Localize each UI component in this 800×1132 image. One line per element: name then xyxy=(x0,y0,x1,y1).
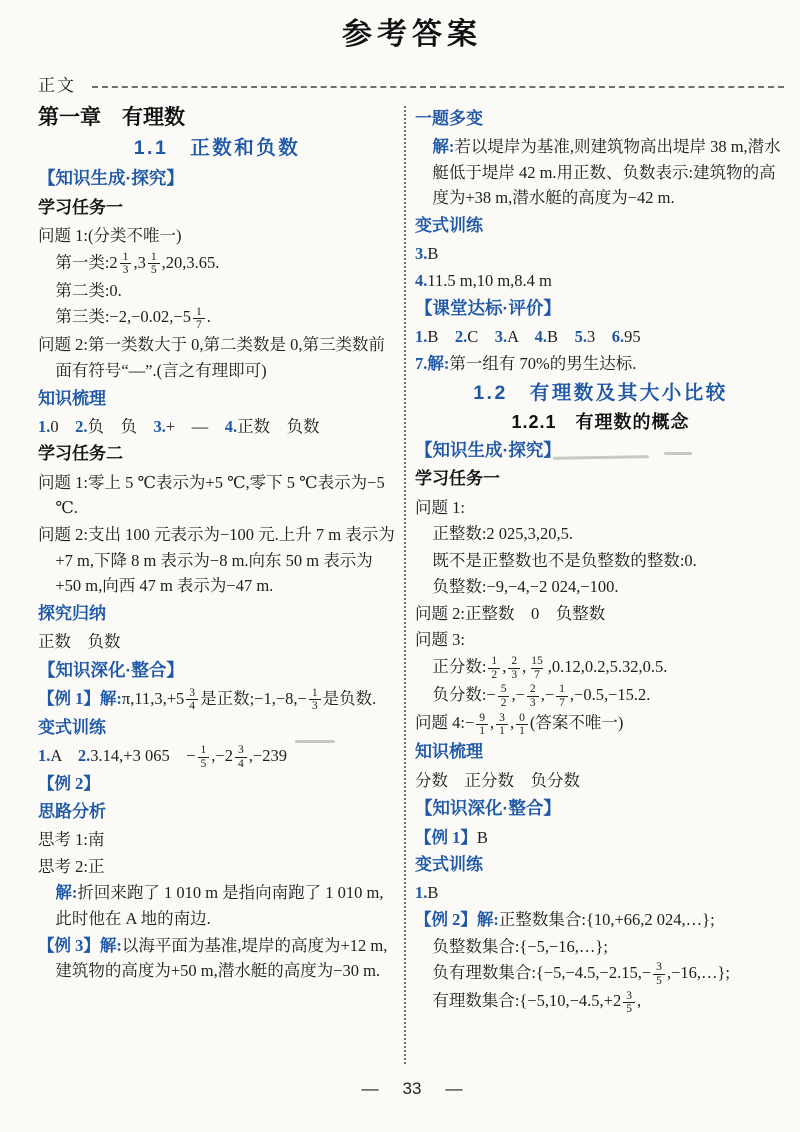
fraction-numerator: 2 xyxy=(527,683,539,695)
fraction-denominator: 7 xyxy=(193,318,205,331)
section-rule-row: 正文 xyxy=(38,73,786,99)
text-run: 思考 1:南 xyxy=(38,830,104,849)
bracket-heading: 【知识深化·整合】 xyxy=(38,657,396,684)
paragraph: 1.B xyxy=(415,880,786,906)
task-heading: 学习任务二 xyxy=(38,441,396,467)
text-run: , xyxy=(522,657,526,676)
text-run: 第一组有 70%的男生达标. xyxy=(449,354,636,373)
paragraph: 负整数:−9,−4,−2 024,−100. xyxy=(415,574,786,600)
text-run: 既不是正整数也不是负整数的整数:0. xyxy=(432,551,696,570)
fraction: 13 xyxy=(120,251,132,277)
fraction-numerator: 3 xyxy=(235,744,247,756)
text-run: , xyxy=(490,713,494,732)
answer-number: 3. xyxy=(415,244,427,263)
paragraph: 1.B 2.C 3.A 4.B 5.3 6.95 xyxy=(415,324,786,350)
answer-number: 4. xyxy=(535,327,547,346)
fraction-denominator: 4 xyxy=(186,699,198,712)
fraction: 34 xyxy=(186,687,198,713)
paragraph: 【例 2】 xyxy=(38,771,396,797)
text-run: B xyxy=(477,828,488,847)
fraction: 23 xyxy=(508,655,520,681)
fraction-numerator: 1 xyxy=(198,744,210,756)
text-run: 折回来跑了 1 010 m 是指向南跑了 1 010 m,此时他在 A 地的南边… xyxy=(55,883,383,928)
fraction-numerator: 1 xyxy=(193,306,205,318)
label-heading: 知识梳理 xyxy=(38,386,396,412)
left-column: 第一章 有理数1.1 正数和负数【知识生成·探究】学习任务一问题 1:(分类不唯… xyxy=(38,104,396,1070)
answer-number: 4. xyxy=(225,417,237,436)
text-run: 95 xyxy=(624,327,641,346)
fraction-denominator: 5 xyxy=(148,263,160,276)
text-run: B xyxy=(427,327,455,346)
right-column: 一题多变解:若以堤岸为基准,则建筑物高出堤岸 38 m,潜水艇低于堤岸 42 m… xyxy=(415,104,786,1070)
fraction: 35 xyxy=(623,990,635,1016)
fraction-denominator: 2 xyxy=(498,696,510,709)
solution-label: 解: xyxy=(100,689,122,708)
fraction: 15 xyxy=(148,251,160,277)
fraction: 12 xyxy=(488,655,500,681)
fraction-numerator: 3 xyxy=(623,990,635,1002)
paragraph: 【例 1】解:π,11,3,+534是正数;−1,−8,−13是负数. xyxy=(38,686,396,713)
answer-number: 1. xyxy=(415,327,427,346)
paragraph: 问题 1:零上 5 ℃表示为+5 ℃,零下 5 ℃表示为−5 ℃. xyxy=(38,470,396,521)
paragraph: 问题 2:正整数 0 负整数 xyxy=(415,601,786,627)
fraction-denominator: 5 xyxy=(653,974,665,987)
text-run: ,−16,…}; xyxy=(667,963,730,982)
column-divider xyxy=(404,106,406,1064)
fraction-numerator: 5 xyxy=(498,683,510,695)
bracket-heading: 【知识生成·探究】 xyxy=(415,437,786,464)
fraction-denominator: 7 xyxy=(531,668,543,681)
solution-label: 解: xyxy=(477,910,499,929)
answer-key-page: 参考答案 正文 第一章 有理数1.1 正数和负数【知识生成·探究】学习任务一问题… xyxy=(0,0,800,1132)
section-heading: 1.2 有理数及其大小比较 xyxy=(415,380,786,407)
fraction: 17 xyxy=(193,306,205,332)
paragraph: 解:若以堤岸为基准,则建筑物高出堤岸 38 m,潜水艇低于堤岸 42 m.用正数… xyxy=(415,134,786,211)
text-run: 是负数. xyxy=(323,689,377,708)
fraction: 91 xyxy=(476,712,488,738)
answer-number: 1. xyxy=(38,746,50,765)
text-run: 问题 1:(分类不唯一) xyxy=(38,226,181,245)
fraction-denominator: 1 xyxy=(476,724,488,737)
bracket-heading: 【知识深化·整合】 xyxy=(415,795,786,822)
text-run: 负整数集合:{−5,−16,…}; xyxy=(432,937,608,956)
answer-number: 1. xyxy=(415,883,427,902)
text-run: , xyxy=(637,991,641,1010)
section-heading: 1.1 正数和负数 xyxy=(38,135,396,162)
paragraph: 负整数集合:{−5,−16,…}; xyxy=(415,934,786,960)
fraction-numerator: 1 xyxy=(309,687,321,699)
text-run: 正数 负数 xyxy=(237,417,320,436)
fraction-denominator: 1 xyxy=(516,724,528,737)
text-run: 正整数集合:{10,+66,2 024,…}; xyxy=(499,910,715,929)
label-heading: 变式训练 xyxy=(415,213,786,239)
text-run: ,3 xyxy=(133,253,145,272)
text-run: ,−239 xyxy=(249,746,287,765)
bracket-heading: 【知识生成·探究】 xyxy=(38,165,396,192)
paragraph: 7.解:第一组有 70%的男生达标. xyxy=(415,351,786,377)
answer-number: 7. xyxy=(415,354,427,373)
fraction-numerator: 2 xyxy=(508,655,520,667)
solution-label: 解: xyxy=(55,883,77,902)
fraction-numerator: 15 xyxy=(528,655,546,667)
fraction-denominator: 4 xyxy=(235,757,247,770)
answer-number: 6. xyxy=(612,327,624,346)
solution-label: 解: xyxy=(427,354,449,373)
paragraph: 问题 4:−91,31,01(答案不唯一) xyxy=(415,710,786,737)
text-run: 问题 2:第一类数大于 0,第二类数是 0,第三类数前面有符号“—”.(言之有理… xyxy=(38,335,385,380)
section-label: 正文 xyxy=(38,73,76,99)
label-heading: 思路分析 xyxy=(38,799,396,825)
text-run: 分数 正分数 负分数 xyxy=(415,771,580,790)
footer-dash-left: — xyxy=(362,1076,379,1102)
text-run: 负 负 xyxy=(88,417,154,436)
text-run: + — xyxy=(166,417,225,436)
paragraph: 解:折回来跑了 1 010 m 是指向南跑了 1 010 m,此时他在 A 地的… xyxy=(38,880,396,931)
answer-number: 【例 1】 xyxy=(38,689,100,708)
task-heading: 学习任务一 xyxy=(415,466,786,492)
text-run: 3 xyxy=(587,327,612,346)
answer-number: 2. xyxy=(78,746,90,765)
text-run: ,−0.5,−15.2. xyxy=(570,685,651,704)
text-run: . xyxy=(207,307,211,326)
paragraph: 既不是正整数也不是负整数的整数:0. xyxy=(415,548,786,574)
dashed-rule xyxy=(92,86,784,88)
paragraph: 1.A 2.3.14,+3 065 −15,−234,−239 xyxy=(38,743,396,770)
fraction-numerator: 1 xyxy=(120,251,132,263)
solution-label: 解: xyxy=(432,137,454,156)
fraction: 31 xyxy=(496,712,508,738)
text-run: 正数 负数 xyxy=(38,632,121,651)
fraction-denominator: 7 xyxy=(556,696,568,709)
content-columns: 第一章 有理数1.1 正数和负数【知识生成·探究】学习任务一问题 1:(分类不唯… xyxy=(38,104,786,1070)
paragraph: 问题 1: xyxy=(415,495,786,521)
text-run: 问题 1:零上 5 ℃表示为+5 ℃,零下 5 ℃表示为−5 ℃. xyxy=(38,473,385,518)
text-run: 问题 2:正整数 0 负整数 xyxy=(415,604,605,623)
fraction: 35 xyxy=(653,961,665,987)
answer-number: 5. xyxy=(575,327,587,346)
fraction: 15 xyxy=(198,744,210,770)
paragraph: 思考 2:正 xyxy=(38,854,396,880)
fraction: 34 xyxy=(235,744,247,770)
text-run: C xyxy=(467,327,495,346)
label-heading: 知识梳理 xyxy=(415,739,786,765)
paragraph: 第二类:0. xyxy=(38,278,396,304)
paragraph: 问题 2:支出 100 元表示为−100 元.上升 7 m 表示为+7 m,下降… xyxy=(38,522,396,599)
text-run: A xyxy=(50,746,78,765)
task-heading: 学习任务一 xyxy=(38,195,396,221)
text-run: 问题 1: xyxy=(415,498,465,517)
paragraph: 正数 负数 xyxy=(38,629,396,655)
scan-artifact xyxy=(295,740,335,743)
text-run: ,− xyxy=(511,685,524,704)
fraction: 52 xyxy=(498,683,510,709)
text-run: π,11,3,+5 xyxy=(122,689,184,708)
text-run: 若以堤岸为基准,则建筑物高出堤岸 38 m,潜水艇低于堤岸 42 m.用正数、负… xyxy=(432,137,780,207)
bracket-heading: 【课堂达标·评价】 xyxy=(415,295,786,322)
paragraph: 有理数集合:{−5,10,−4.5,+235, xyxy=(415,988,786,1015)
text-run: 3.14,+3 065 − xyxy=(90,746,195,765)
fraction-denominator: 1 xyxy=(496,724,508,737)
footer-dash-right: — xyxy=(445,1076,462,1102)
fraction-numerator: 1 xyxy=(148,251,160,263)
paragraph: 负分数:−52,−23,−17,−0.5,−15.2. xyxy=(415,682,786,709)
fraction-denominator: 3 xyxy=(120,263,132,276)
answer-number: 1. xyxy=(38,417,50,436)
fraction-numerator: 3 xyxy=(496,712,508,724)
text-run: 0 xyxy=(50,417,75,436)
fraction: 23 xyxy=(527,683,539,709)
fraction-numerator: 1 xyxy=(488,655,500,667)
paragraph: 【例 3】解:以海平面为基准,堤岸的高度为+12 m,建筑物的高度为+50 m,… xyxy=(38,933,396,984)
paragraph: 正分数:12,23,157,0.12,0.2,5.32,0.5. xyxy=(415,654,786,681)
label-heading: 变式训练 xyxy=(38,715,396,741)
paragraph: 4.11.5 m,10 m,8.4 m xyxy=(415,268,786,294)
solution-label: 解: xyxy=(100,936,122,955)
page-footer: — 33 — xyxy=(38,1070,786,1132)
fraction-denominator: 3 xyxy=(508,668,520,681)
text-run: B xyxy=(547,327,575,346)
answer-number: 4. xyxy=(415,271,427,290)
answer-number: 【例 2】 xyxy=(38,774,100,793)
text-run: , xyxy=(510,713,514,732)
answer-number: 3. xyxy=(154,417,166,436)
fraction: 13 xyxy=(309,687,321,713)
text-run: 思考 2:正 xyxy=(38,857,104,876)
label-heading: 变式训练 xyxy=(415,852,786,878)
paragraph: 第三类:−2,−0.02,−517. xyxy=(38,304,396,331)
text-run: B xyxy=(427,244,438,263)
fraction-denominator: 5 xyxy=(198,757,210,770)
paragraph: 正整数:2 025,3,20,5. xyxy=(415,521,786,547)
paragraph: 分数 正分数 负分数 xyxy=(415,768,786,794)
paragraph: 负有理数集合:{−5,−4.5,−2.15,−35,−16,…}; xyxy=(415,960,786,987)
text-run: A xyxy=(507,327,535,346)
answer-number: 【例 2】 xyxy=(415,910,477,929)
label-heading: 一题多变 xyxy=(415,106,786,132)
text-run: (答案不唯一) xyxy=(530,713,624,732)
paragraph: 第一类:213,315,20,3.65. xyxy=(38,250,396,277)
label-heading: 探究归纳 xyxy=(38,601,396,627)
text-run: 有理数集合:{−5,10,−4.5,+2 xyxy=(432,991,621,1010)
text-run: ,− xyxy=(541,685,554,704)
fraction-numerator: 3 xyxy=(653,961,665,973)
answer-number: 3. xyxy=(495,327,507,346)
fraction-denominator: 3 xyxy=(309,699,321,712)
text-run: ,−2 xyxy=(211,746,233,765)
fraction-numerator: 9 xyxy=(476,712,488,724)
text-run: 第一类:2 xyxy=(55,253,117,272)
page-number: 33 xyxy=(403,1076,422,1102)
paragraph: 【例 2】解:正整数集合:{10,+66,2 024,…}; xyxy=(415,907,786,933)
text-run: 11.5 m,10 m,8.4 m xyxy=(427,271,552,290)
fraction: 01 xyxy=(516,712,528,738)
subsection-heading: 1.2.1 有理数的概念 xyxy=(415,410,786,435)
paragraph: 【例 1】B xyxy=(415,825,786,851)
text-run: 负有理数集合:{−5,−4.5,−2.15,− xyxy=(432,963,651,982)
fraction-denominator: 3 xyxy=(527,696,539,709)
text-run: , xyxy=(502,657,506,676)
text-run: ,0.12,0.2,5.32,0.5. xyxy=(548,657,668,676)
fraction-numerator: 1 xyxy=(556,683,568,695)
page-title: 参考答案 xyxy=(38,12,786,59)
fraction-numerator: 3 xyxy=(186,687,198,699)
fraction-denominator: 5 xyxy=(623,1002,635,1015)
paragraph: 问题 2:第一类数大于 0,第二类数是 0,第三类数前面有符号“—”.(言之有理… xyxy=(38,332,396,383)
fraction-denominator: 2 xyxy=(488,668,500,681)
paragraph: 3.B xyxy=(415,241,786,267)
paragraph: 思考 1:南 xyxy=(38,827,396,853)
fraction-numerator: 0 xyxy=(516,712,528,724)
paragraph: 问题 3: xyxy=(415,627,786,653)
text-run: 第二类:0. xyxy=(55,281,121,300)
text-run: 问题 4:− xyxy=(415,713,474,732)
fraction: 17 xyxy=(556,683,568,709)
text-run: 正分数: xyxy=(432,657,486,676)
scan-artifact xyxy=(664,452,692,455)
answer-number: 2. xyxy=(455,327,467,346)
paragraph: 1.0 2.负 负 3.+ — 4.正数 负数 xyxy=(38,414,396,440)
text-run: 第三类:−2,−0.02,−5 xyxy=(55,307,191,326)
text-run: B xyxy=(427,883,438,902)
answer-number: 【例 1】 xyxy=(415,828,477,847)
answer-number: 【例 3】 xyxy=(38,936,100,955)
text-run: 负分数:− xyxy=(432,685,495,704)
answer-number: 2. xyxy=(75,417,87,436)
text-run: 问题 2:支出 100 元表示为−100 元.上升 7 m 表示为+7 m,下降… xyxy=(38,525,395,595)
text-run: 正整数:2 025,3,20,5. xyxy=(432,524,573,543)
chapter-heading: 第一章 有理数 xyxy=(38,104,396,132)
fraction: 157 xyxy=(528,655,546,681)
text-run: 负整数:−9,−4,−2 024,−100. xyxy=(432,577,618,596)
text-run: ,20,3.65. xyxy=(162,253,220,272)
text-run: 是正数;−1,−8,− xyxy=(200,689,307,708)
paragraph: 问题 1:(分类不唯一) xyxy=(38,223,396,249)
text-run: 问题 3: xyxy=(415,630,465,649)
